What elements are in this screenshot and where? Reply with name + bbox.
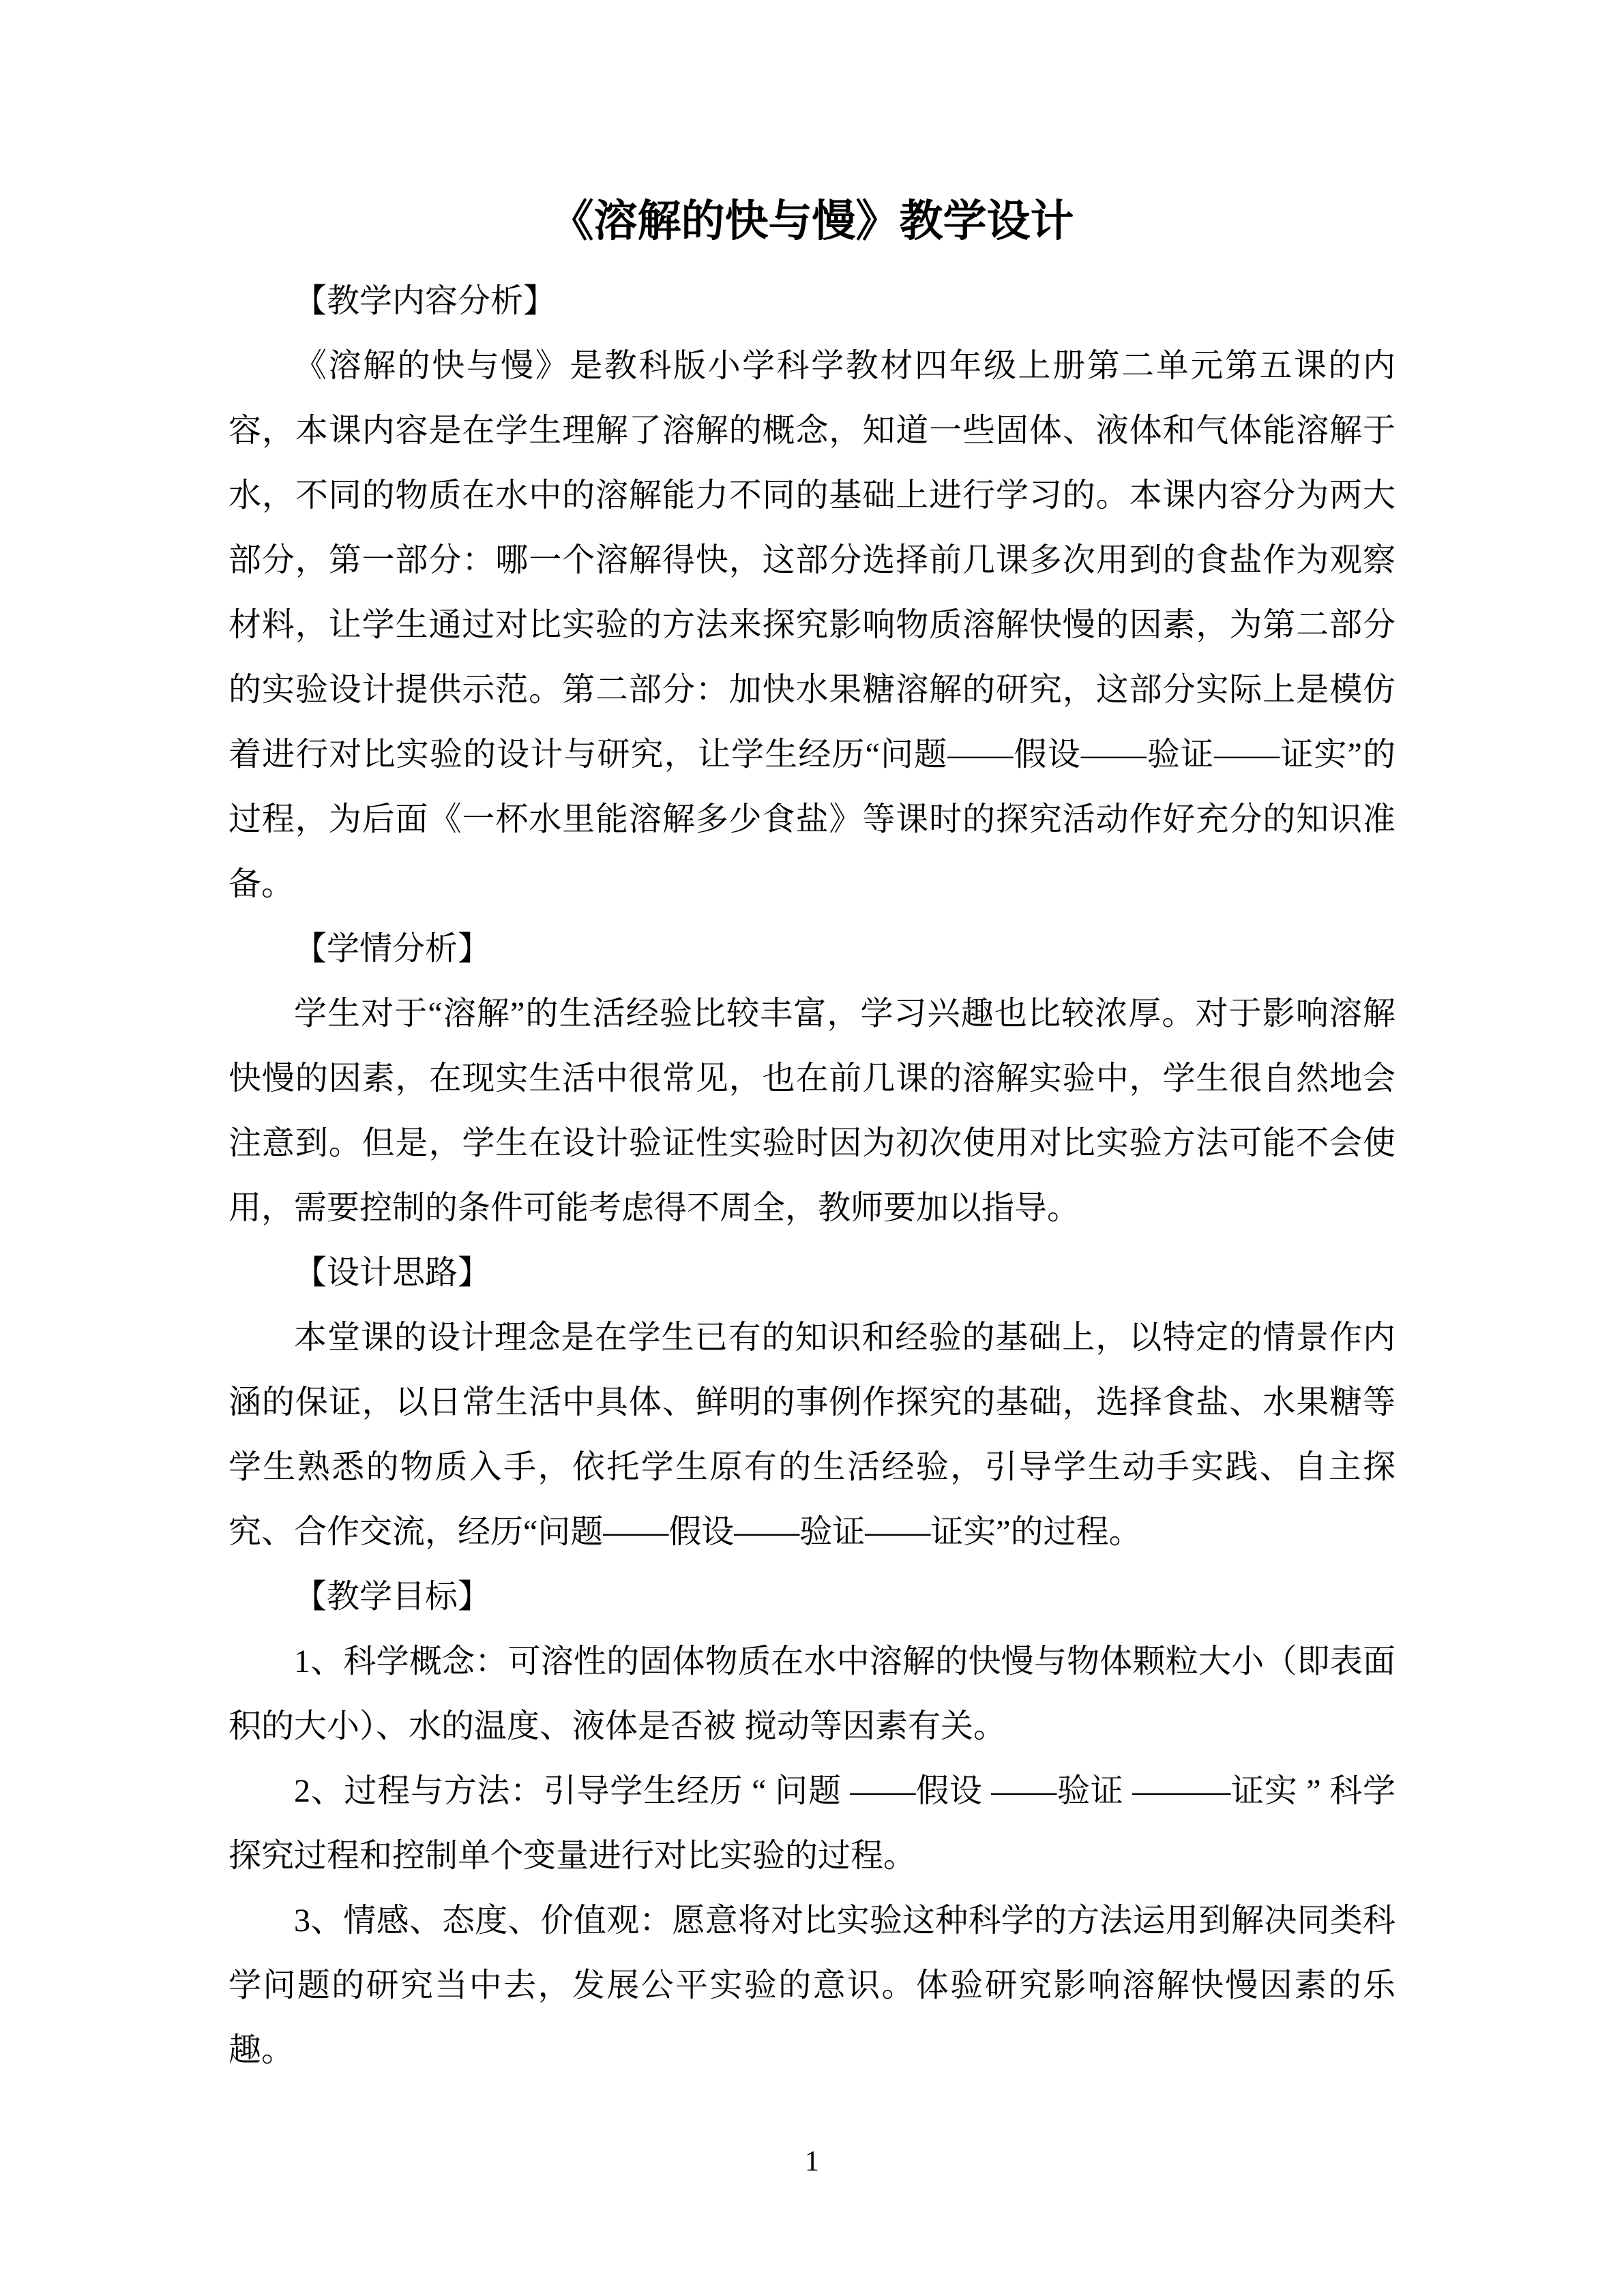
section-heading-teaching-goals: 【教学目标】 (228, 1564, 1396, 1629)
paragraph-goal-process-method: 2、过程与方法：引导学生经历 “ 问题 ——假设 ——验证 ———证实 ” 科学… (228, 1759, 1396, 1888)
section-heading-learner-analysis: 【学情分析】 (228, 916, 1396, 981)
section-teaching-goals: 【教学目标】 1、科学概念：可溶性的固体物质在水中溶解的快慢与物体颗粒大小（即表… (228, 1564, 1396, 2083)
paragraph-design-idea: 本堂课的设计理念是在学生已有的知识和经验的基础上，以特定的情景作内涵的保证，以日… (228, 1305, 1396, 1564)
section-heading-design-idea: 【设计思路】 (228, 1240, 1396, 1305)
paragraph-goal-emotion-attitude-value: 3、情感、态度、价值观：愿意将对比实验这种科学的方法运用到解决同类科学问题的研究… (228, 1888, 1396, 2083)
section-teaching-content-analysis: 【教学内容分析】 《溶解的快与慢》是教科版小学科学教材四年级上册第二单元第五课的… (228, 269, 1396, 916)
document-title: 《溶解的快与慢》教学设计 (228, 184, 1396, 259)
paragraph-content-analysis: 《溶解的快与慢》是教科版小学科学教材四年级上册第二单元第五课的内容，本课内容是在… (228, 333, 1396, 916)
section-heading-content-analysis: 【教学内容分析】 (228, 269, 1396, 333)
section-design-idea: 【设计思路】 本堂课的设计理念是在学生已有的知识和经验的基础上，以特定的情景作内… (228, 1240, 1396, 1564)
page-number: 1 (228, 2141, 1396, 2182)
paragraph-learner-analysis: 学生对于“溶解”的生活经验比较丰富，学习兴趣也比较浓厚。对于影响溶解快慢的因素，… (228, 981, 1396, 1240)
paragraph-goal-science-concept: 1、科学概念：可溶性的固体物质在水中溶解的快慢与物体颗粒大小（即表面积的大小）、… (228, 1629, 1396, 1759)
document-page: 《溶解的快与慢》教学设计 【教学内容分析】 《溶解的快与慢》是教科版小学科学教材… (0, 0, 1624, 2296)
section-learner-analysis: 【学情分析】 学生对于“溶解”的生活经验比较丰富，学习兴趣也比较浓厚。对于影响溶… (228, 916, 1396, 1240)
